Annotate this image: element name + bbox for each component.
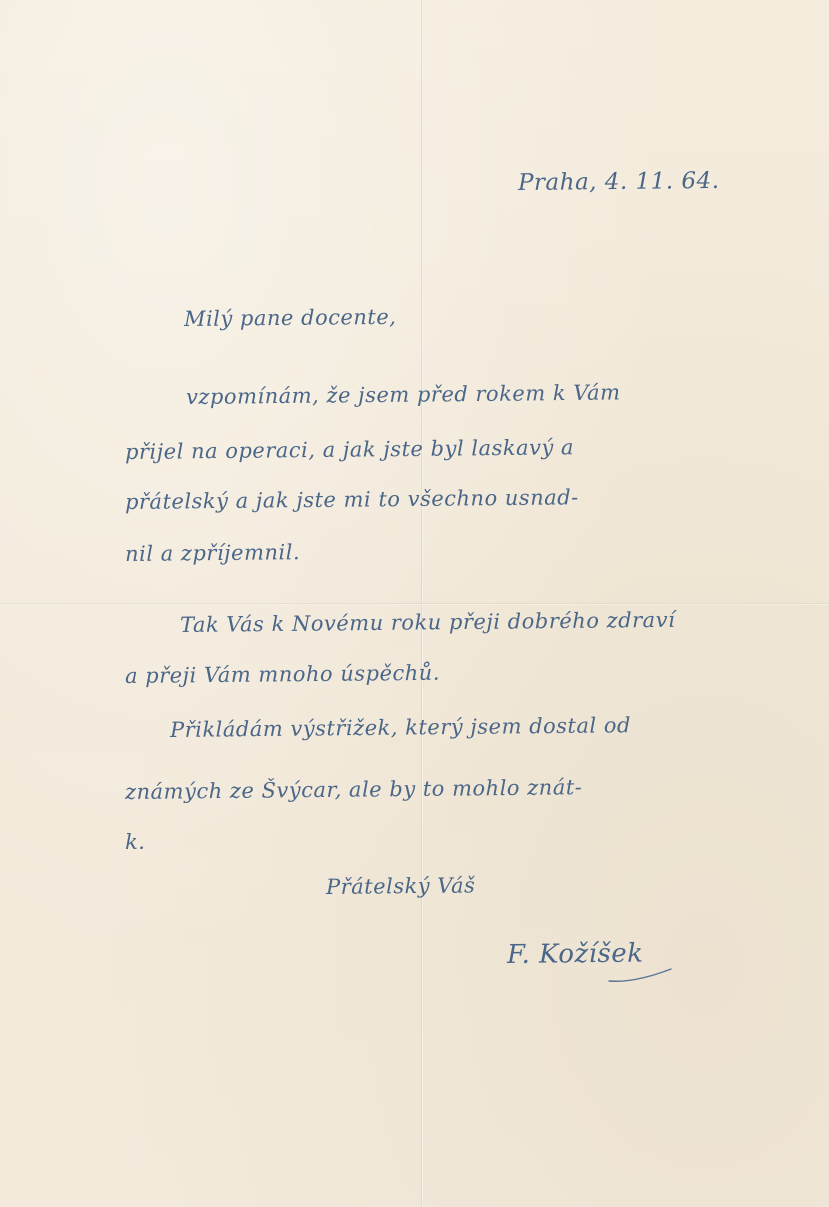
paragraph-2-line-1: Tak Vás k Novému roku přeji dobrého zdra… bbox=[180, 608, 675, 637]
letter-date: Praha, 4. 11. 64. bbox=[518, 168, 720, 196]
paragraph-1-line-2: přijel na operaci, a jak jste byl laskav… bbox=[125, 435, 574, 464]
signature-flourish-icon bbox=[605, 955, 675, 985]
paragraph-1-line-4: nil a zpříjemnil. bbox=[125, 540, 300, 566]
letter-closing: Přátelský Váš bbox=[326, 873, 476, 899]
paragraph-1-line-3: přátelský a jak jste mi to všechno usnad… bbox=[125, 485, 579, 514]
letter-sheet: Praha, 4. 11. 64. Milý pane docente, vzp… bbox=[0, 0, 829, 1207]
paragraph-1-line-1: vzpomínám, že jsem před rokem k Vám bbox=[186, 380, 621, 409]
paragraph-3-line-1: Přikládám výstřižek, který jsem dostal o… bbox=[170, 713, 631, 742]
paragraph-3-line-3: k. bbox=[125, 830, 146, 854]
horizontal-fold-line bbox=[0, 603, 829, 605]
paragraph-3-line-2: známých ze Švýcar, ale by to mohlo znát- bbox=[125, 775, 583, 804]
letter-salutation: Milý pane docente, bbox=[184, 305, 397, 331]
paragraph-2-line-2: a přeji Vám mnoho úspěchů. bbox=[125, 661, 440, 688]
